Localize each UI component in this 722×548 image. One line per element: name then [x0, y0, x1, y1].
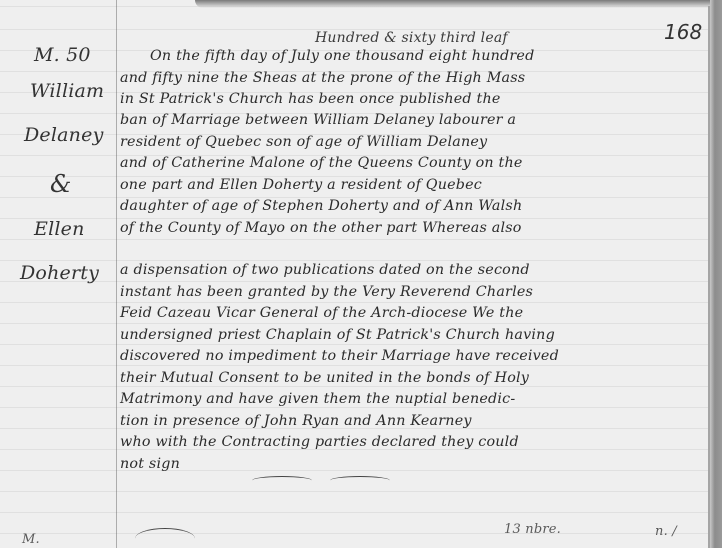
next-entry-fragment: M.	[22, 532, 40, 547]
register-line: their Mutual Consent to be united in the…	[120, 370, 529, 386]
register-line: one part and Ellen Doherty a resident of…	[120, 177, 482, 193]
register-line: Matrimony and have given them the nuptia…	[120, 391, 515, 407]
register-line: ban of Marriage between William Delaney …	[120, 112, 516, 128]
leaf-header-note: Hundred & sixty third leaf	[315, 30, 508, 46]
register-line: and fifty nine the Sheas at the prone of…	[120, 70, 525, 86]
register-line: resident of Quebec son of age of William…	[120, 134, 487, 150]
next-entry-date: 13 nbre.	[504, 522, 561, 537]
register-line: daughter of age of Stephen Doherty and o…	[120, 198, 522, 214]
connector-ampersand: &	[50, 170, 72, 198]
register-line: who with the Contracting parties declare…	[120, 434, 519, 450]
register-line: of the County of Mayo on the other part …	[120, 220, 522, 236]
next-entry-fragment-right: n. /	[655, 524, 677, 539]
entry-number: M. 50	[34, 44, 91, 66]
groom-first-name: William	[30, 80, 104, 102]
closing-flourish	[252, 476, 312, 485]
register-line: tion in presence of John Ryan and Ann Ke…	[120, 413, 472, 429]
register-line: in St Patrick's Church has been once pub…	[120, 91, 501, 107]
register-line: On the fifth day of July one thousand ei…	[150, 48, 534, 64]
register-line: and of Catherine Malone of the Queens Co…	[120, 155, 523, 171]
register-line: a dispensation of two publications dated…	[120, 262, 530, 278]
page-curl-shadow	[195, 0, 722, 8]
bride-first-name: Ellen	[34, 218, 85, 240]
closing-flourish	[330, 476, 390, 485]
groom-last-name: Delaney	[24, 124, 104, 146]
next-entry-flourish	[135, 528, 195, 548]
register-page: 168 Hundred & sixty third leaf M. 50 Wil…	[0, 0, 722, 548]
register-line: not sign	[120, 456, 180, 472]
register-line: discovered no impediment to their Marria…	[120, 348, 559, 364]
register-line: undersigned priest Chaplain of St Patric…	[120, 327, 555, 343]
register-line: Feid Cazeau Vicar General of the Arch-di…	[120, 305, 523, 321]
register-line: instant has been granted by the Very Rev…	[120, 284, 533, 300]
margin-rule	[116, 0, 117, 548]
page-number: 168	[664, 20, 702, 44]
bride-last-name: Doherty	[20, 262, 99, 284]
binding-edge	[710, 0, 722, 548]
